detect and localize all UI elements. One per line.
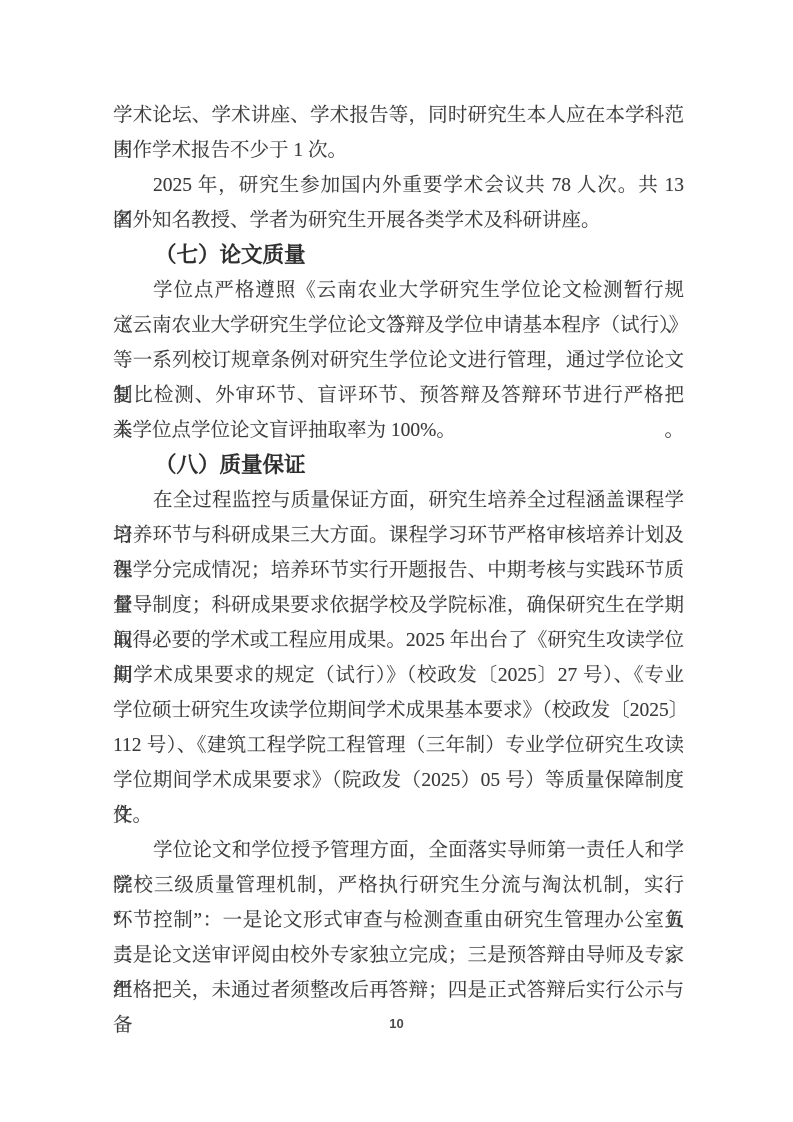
body-line: 学校三级质量管理机制，严格执行研究生分流与淘汰机制，实行“五 xyxy=(113,868,684,903)
body-line: 等一系列校订规章条例对研究生学位论文进行管理，通过学位论文复 xyxy=(113,343,684,378)
body-line: 二是论文送审评阅由校外专家独立完成；三是预答辩由导师及专家组 xyxy=(113,938,684,973)
body-line: 件。 xyxy=(113,798,684,833)
body-line: 在全过程监控与质量保证方面，研究生培养全过程涵盖课程学习、 xyxy=(113,483,684,518)
body-line: 严格把关，未通过者须整改后再答辩；四是正式答辩后实行公示与备 xyxy=(113,973,684,1008)
body-line: 程学分完成情况；培养环节实行开题报告、中期考核与实践环节质量 xyxy=(113,553,684,588)
page-text-block: 学术论坛、学术讲座、学术报告等，同时研究生本人应在本学科范围 内作学术报告不少于… xyxy=(113,98,684,1008)
page-number: 10 xyxy=(0,1016,793,1031)
body-line: 间学术成果要求的规定（试行）》（校政发〔2025〕27 号）、《专业 xyxy=(113,658,684,693)
body-line: 督导制度；科研成果要求依据学校及学院标准，确保研究生在学期间 xyxy=(113,588,684,623)
body-line: 《云南农业大学研究生学位论文答辩及学位申请基本程序（试行）》 xyxy=(113,308,684,343)
body-line: 学位论文和学位授予管理方面，全面落实导师第一责任人和学院、 xyxy=(113,833,684,868)
body-line: 制比检测、外审环节、盲评环节、预答辩及答辩环节进行严格把关。 xyxy=(113,378,684,413)
document-page: 学术论坛、学术讲座、学术报告等，同时研究生本人应在本学科范围 内作学术报告不少于… xyxy=(0,0,793,1122)
body-line: 取得必要的学术或工程应用成果。2025 年出台了《研究生攻读学位期 xyxy=(113,623,684,658)
section-heading-8: （八）质量保证 xyxy=(113,448,684,483)
body-line: 培养环节与科研成果三大方面。课程学习环节严格审核培养计划及课 xyxy=(113,518,684,553)
body-line: 学术论坛、学术讲座、学术报告等，同时研究生本人应在本学科范围 xyxy=(113,98,684,133)
body-line: 112 号）、《建筑工程学院工程管理（三年制）专业学位研究生攻读 xyxy=(113,728,684,763)
body-line: 2025 年，研究生参加国内外重要学术会议共 78 人次。共 13 名 xyxy=(113,168,684,203)
body-line: 内作学术报告不少于 1 次。 xyxy=(113,133,684,168)
body-line: 学位硕士研究生攻读学位期间学术成果基本要求》（校政发〔2025〕 xyxy=(113,693,684,728)
section-heading-7: （七）论文质量 xyxy=(113,238,684,273)
body-line: 环节控制”：一是论文形式审查与检测查重由研究生管理办公室负责； xyxy=(113,903,684,938)
body-line: 学位点严格遵照《云南农业大学研究生学位论文检测暂行规定》、 xyxy=(113,273,684,308)
body-line: 国外知名教授、学者为研究生开展各类学术及科研讲座。 xyxy=(113,203,684,238)
body-line: 学位期间学术成果要求》（院政发（2025）05 号）等质量保障制度文 xyxy=(113,763,684,798)
